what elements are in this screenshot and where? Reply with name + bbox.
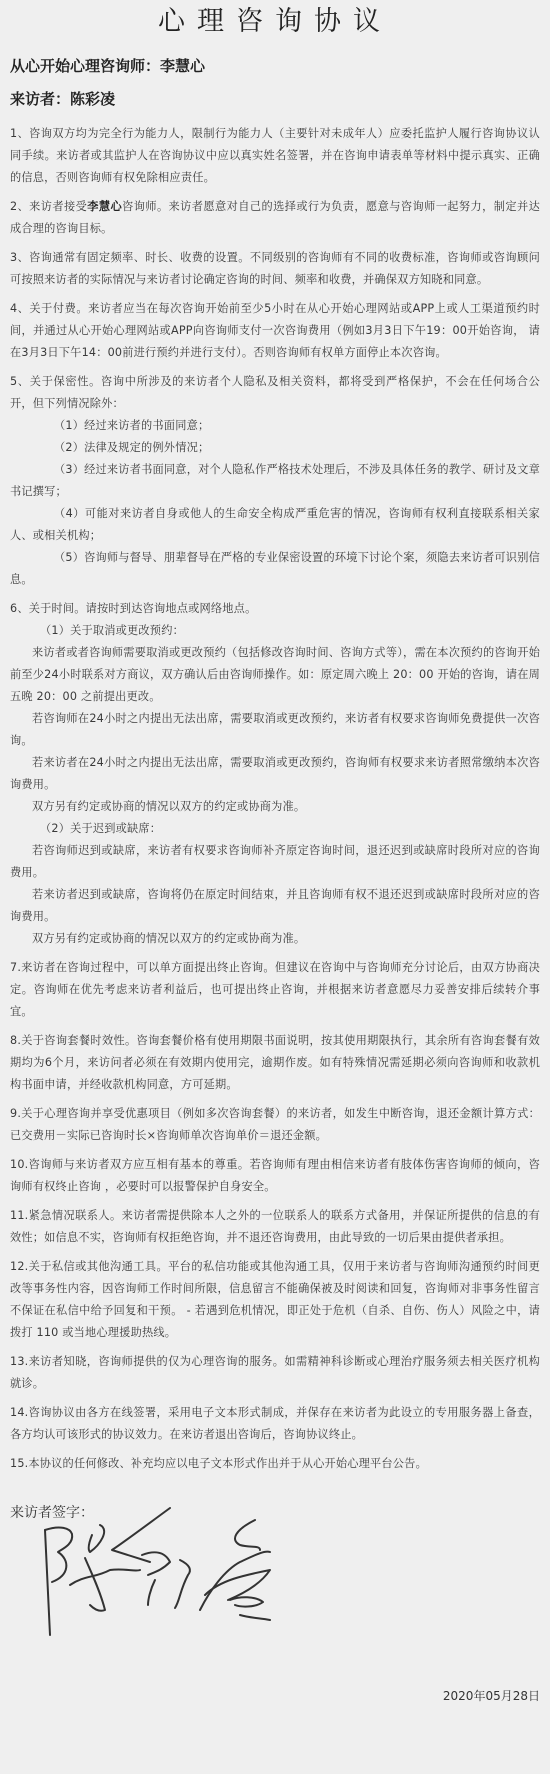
clause-6-sub1-text: 若咨询师在24小时之内提出无法出席，需要取消或更改预约，来访者有权要求咨询师免费… bbox=[10, 708, 540, 752]
clause-6-sub2-text: 若咨询师迟到或缺席，来访者有权要求咨询师补齐原定咨询时间，退还迟到或缺席时段所对… bbox=[10, 840, 540, 884]
clause-5-item: （5）咨询师与督导、朋辈督导在严格的专业保密设置的环境下讨论个案，须隐去来访者可… bbox=[10, 547, 540, 591]
clause-6-sub2-heading: （2）关于迟到或缺席： bbox=[10, 818, 540, 840]
clause-13: 13.来访者知晓，咨询师提供的仅为心理咨询的服务。如需精神科诊断或心理治疗服务须… bbox=[10, 1351, 540, 1395]
clause-4: 4、关于付费。来访者应当在每次咨询开始前至少5小时在从心开始心理网站或APP上或… bbox=[10, 298, 540, 364]
clause-6-sub2-text: 双方另有约定或协商的情况以双方的约定或协商为准。 bbox=[10, 928, 540, 950]
clause-14: 14.咨询协议由各方在线签署，采用电子文本形式制成，并保存在来访者为此设立的专用… bbox=[10, 1402, 540, 1446]
clause-5-item: （4）可能对来访者自身或他人的生命安全构成严重危害的情况，咨询师有权利直接联系相… bbox=[10, 503, 540, 547]
clause-6-sub1-text: 若来访者在24小时之内提出无法出席，需要取消或更改预约，咨询师有权要求来访者照常… bbox=[10, 752, 540, 796]
clause-12: 12.关于私信或其他沟通工具。平台的私信功能或其他沟通工具，仅用于来访者与咨询师… bbox=[10, 1256, 540, 1344]
clause-2-prefix: 2、来访者接受 bbox=[10, 200, 87, 213]
clause-8: 8.关于咨询套餐时效性。咨询套餐价格有使用期限书面说明，按其使用期限执行，其余所… bbox=[10, 1030, 540, 1096]
counselor-line: 从心开始心理咨询师：李慧心 bbox=[10, 56, 540, 76]
counselor-name: 李慧心 bbox=[87, 200, 122, 213]
clause-2: 2、来访者接受李慧心咨询师。来访者愿意对自己的选择或行为负责，愿意与咨询师一起努… bbox=[10, 196, 540, 240]
clause-5-item: （3）经过来访者书面同意，对个人隐私作严格技术处理后，不涉及具体任务的教学、研讨… bbox=[10, 459, 540, 503]
clause-9: 9.关于心理咨询并享受优惠项目（例如多次咨询套餐）的来访者，如发生中断咨询，退还… bbox=[10, 1103, 540, 1147]
clause-5: 5、关于保密性。咨询中所涉及的来访者个人隐私及相关资料，都将受到严格保护，不会在… bbox=[10, 371, 540, 415]
clause-6-sub2-text: 若来访者迟到或缺席，咨询将仍在原定时间结束，并且咨询师有权不退还迟到或缺席时段所… bbox=[10, 884, 540, 928]
clause-15: 15.本协议的任何修改、补充均应以电子文本形式作出并于从心开始心理平台公告。 bbox=[10, 1453, 540, 1475]
clause-1: 1、咨询双方均为完全行为能力人，限制行为能力人（主要针对未成年人）应委托监护人履… bbox=[10, 123, 540, 189]
clause-7: 7.来访者在咨询过程中，可以单方面提出终止咨询。但建议在咨询中与咨询师充分讨论后… bbox=[10, 957, 540, 1023]
visitor-line: 来访者：陈彩凌 bbox=[10, 89, 540, 109]
clause-11: 11.紧急情况联系人。来访者需提供除本人之外的一位联系人的联系方式备用，并保证所… bbox=[10, 1205, 540, 1249]
clause-5-item: （2）法律及规定的例外情况； bbox=[10, 437, 540, 459]
page-title: 心理咨询协议 bbox=[10, 0, 540, 44]
clause-6-sub1-heading: （1）关于取消或更改预约： bbox=[10, 620, 540, 642]
clause-6-sub1-text: 来访者或者咨询师需要取消或更改预约（包括修改咨询时间、咨询方式等），需在本次预约… bbox=[10, 642, 540, 708]
signature-date: 2020年05月28日 bbox=[443, 1687, 540, 1704]
agreement-document: 心理咨询协议 从心开始心理咨询师：李慧心 来访者：陈彩凌 1、咨询双方均为完全行… bbox=[10, 0, 540, 1537]
clause-3: 3、咨询通常有固定频率、时长、收费的设置。不同级别的咨询师有不同的收费标准，咨询… bbox=[10, 247, 540, 291]
clause-5-item: （1）经过来访者的书面同意； bbox=[10, 415, 540, 437]
clause-6-sub1-text: 双方另有约定或协商的情况以双方的约定或协商为准。 bbox=[10, 796, 540, 818]
handwritten-signature bbox=[30, 1490, 290, 1640]
clause-10: 10.咨询师与来访者双方应互相有基本的尊重。若咨询师有理由相信来访者有肢体伤害咨… bbox=[10, 1154, 540, 1198]
clause-6: 6、关于时间。请按时到达咨询地点或网络地点。 bbox=[10, 598, 540, 620]
